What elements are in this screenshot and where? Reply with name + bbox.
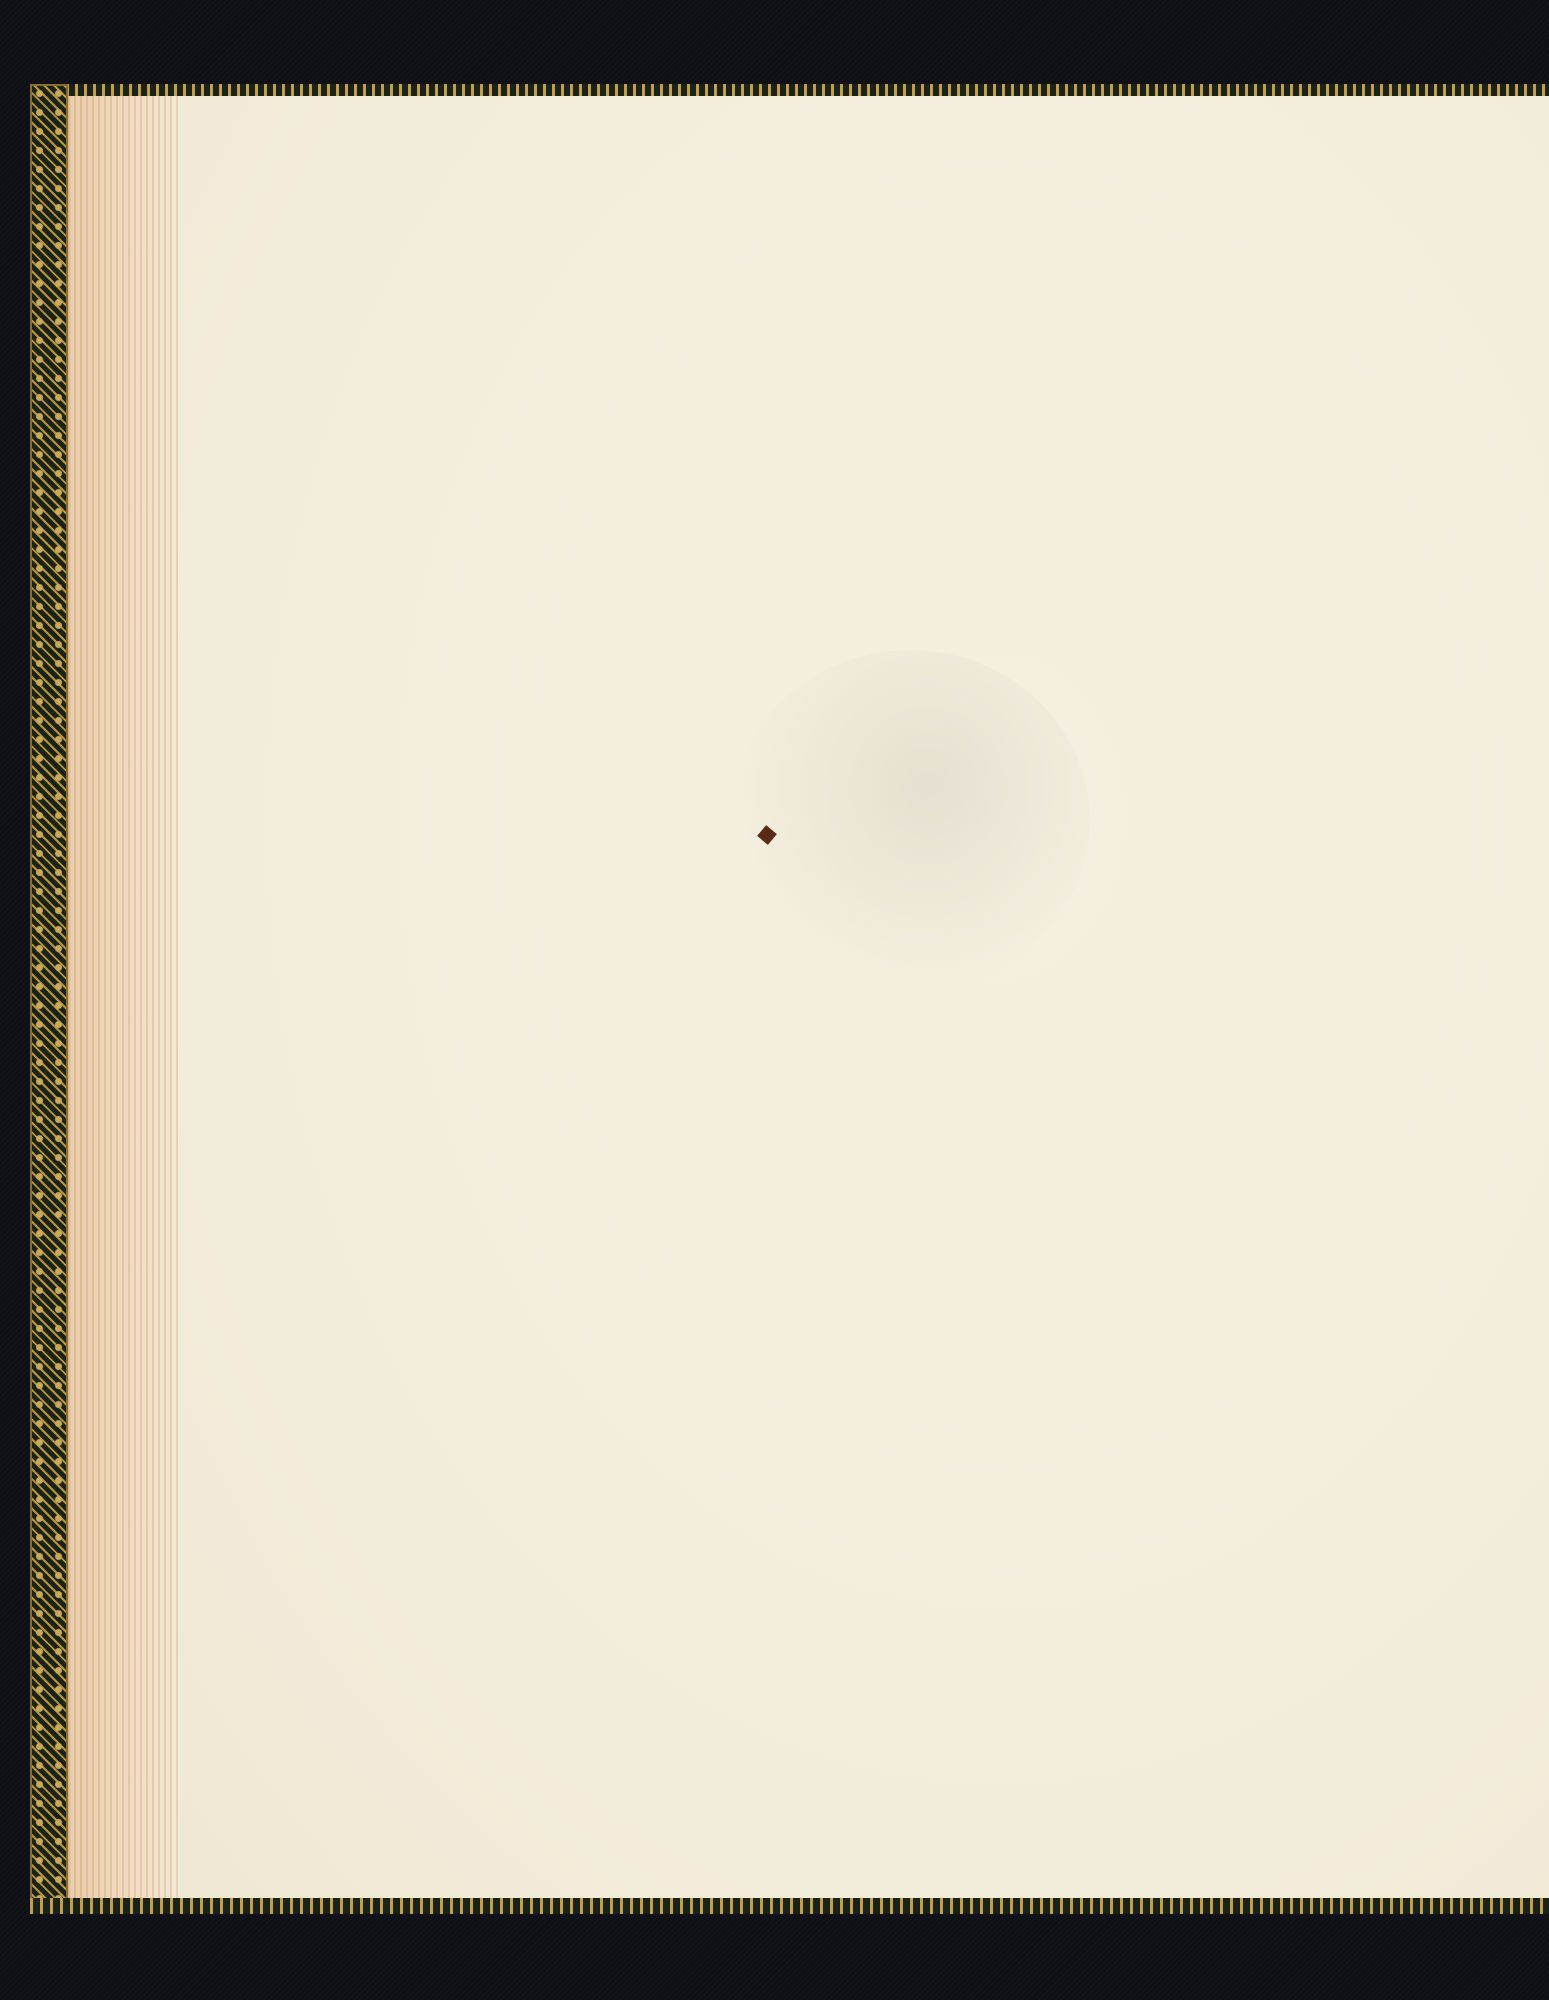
faint-stain (730, 650, 1090, 990)
blank-page (180, 96, 1549, 1898)
gilt-border-top (30, 84, 1549, 96)
page-edges (68, 96, 180, 1898)
gilt-border-bottom (30, 1898, 1549, 1914)
gilt-border-left (30, 84, 68, 1914)
